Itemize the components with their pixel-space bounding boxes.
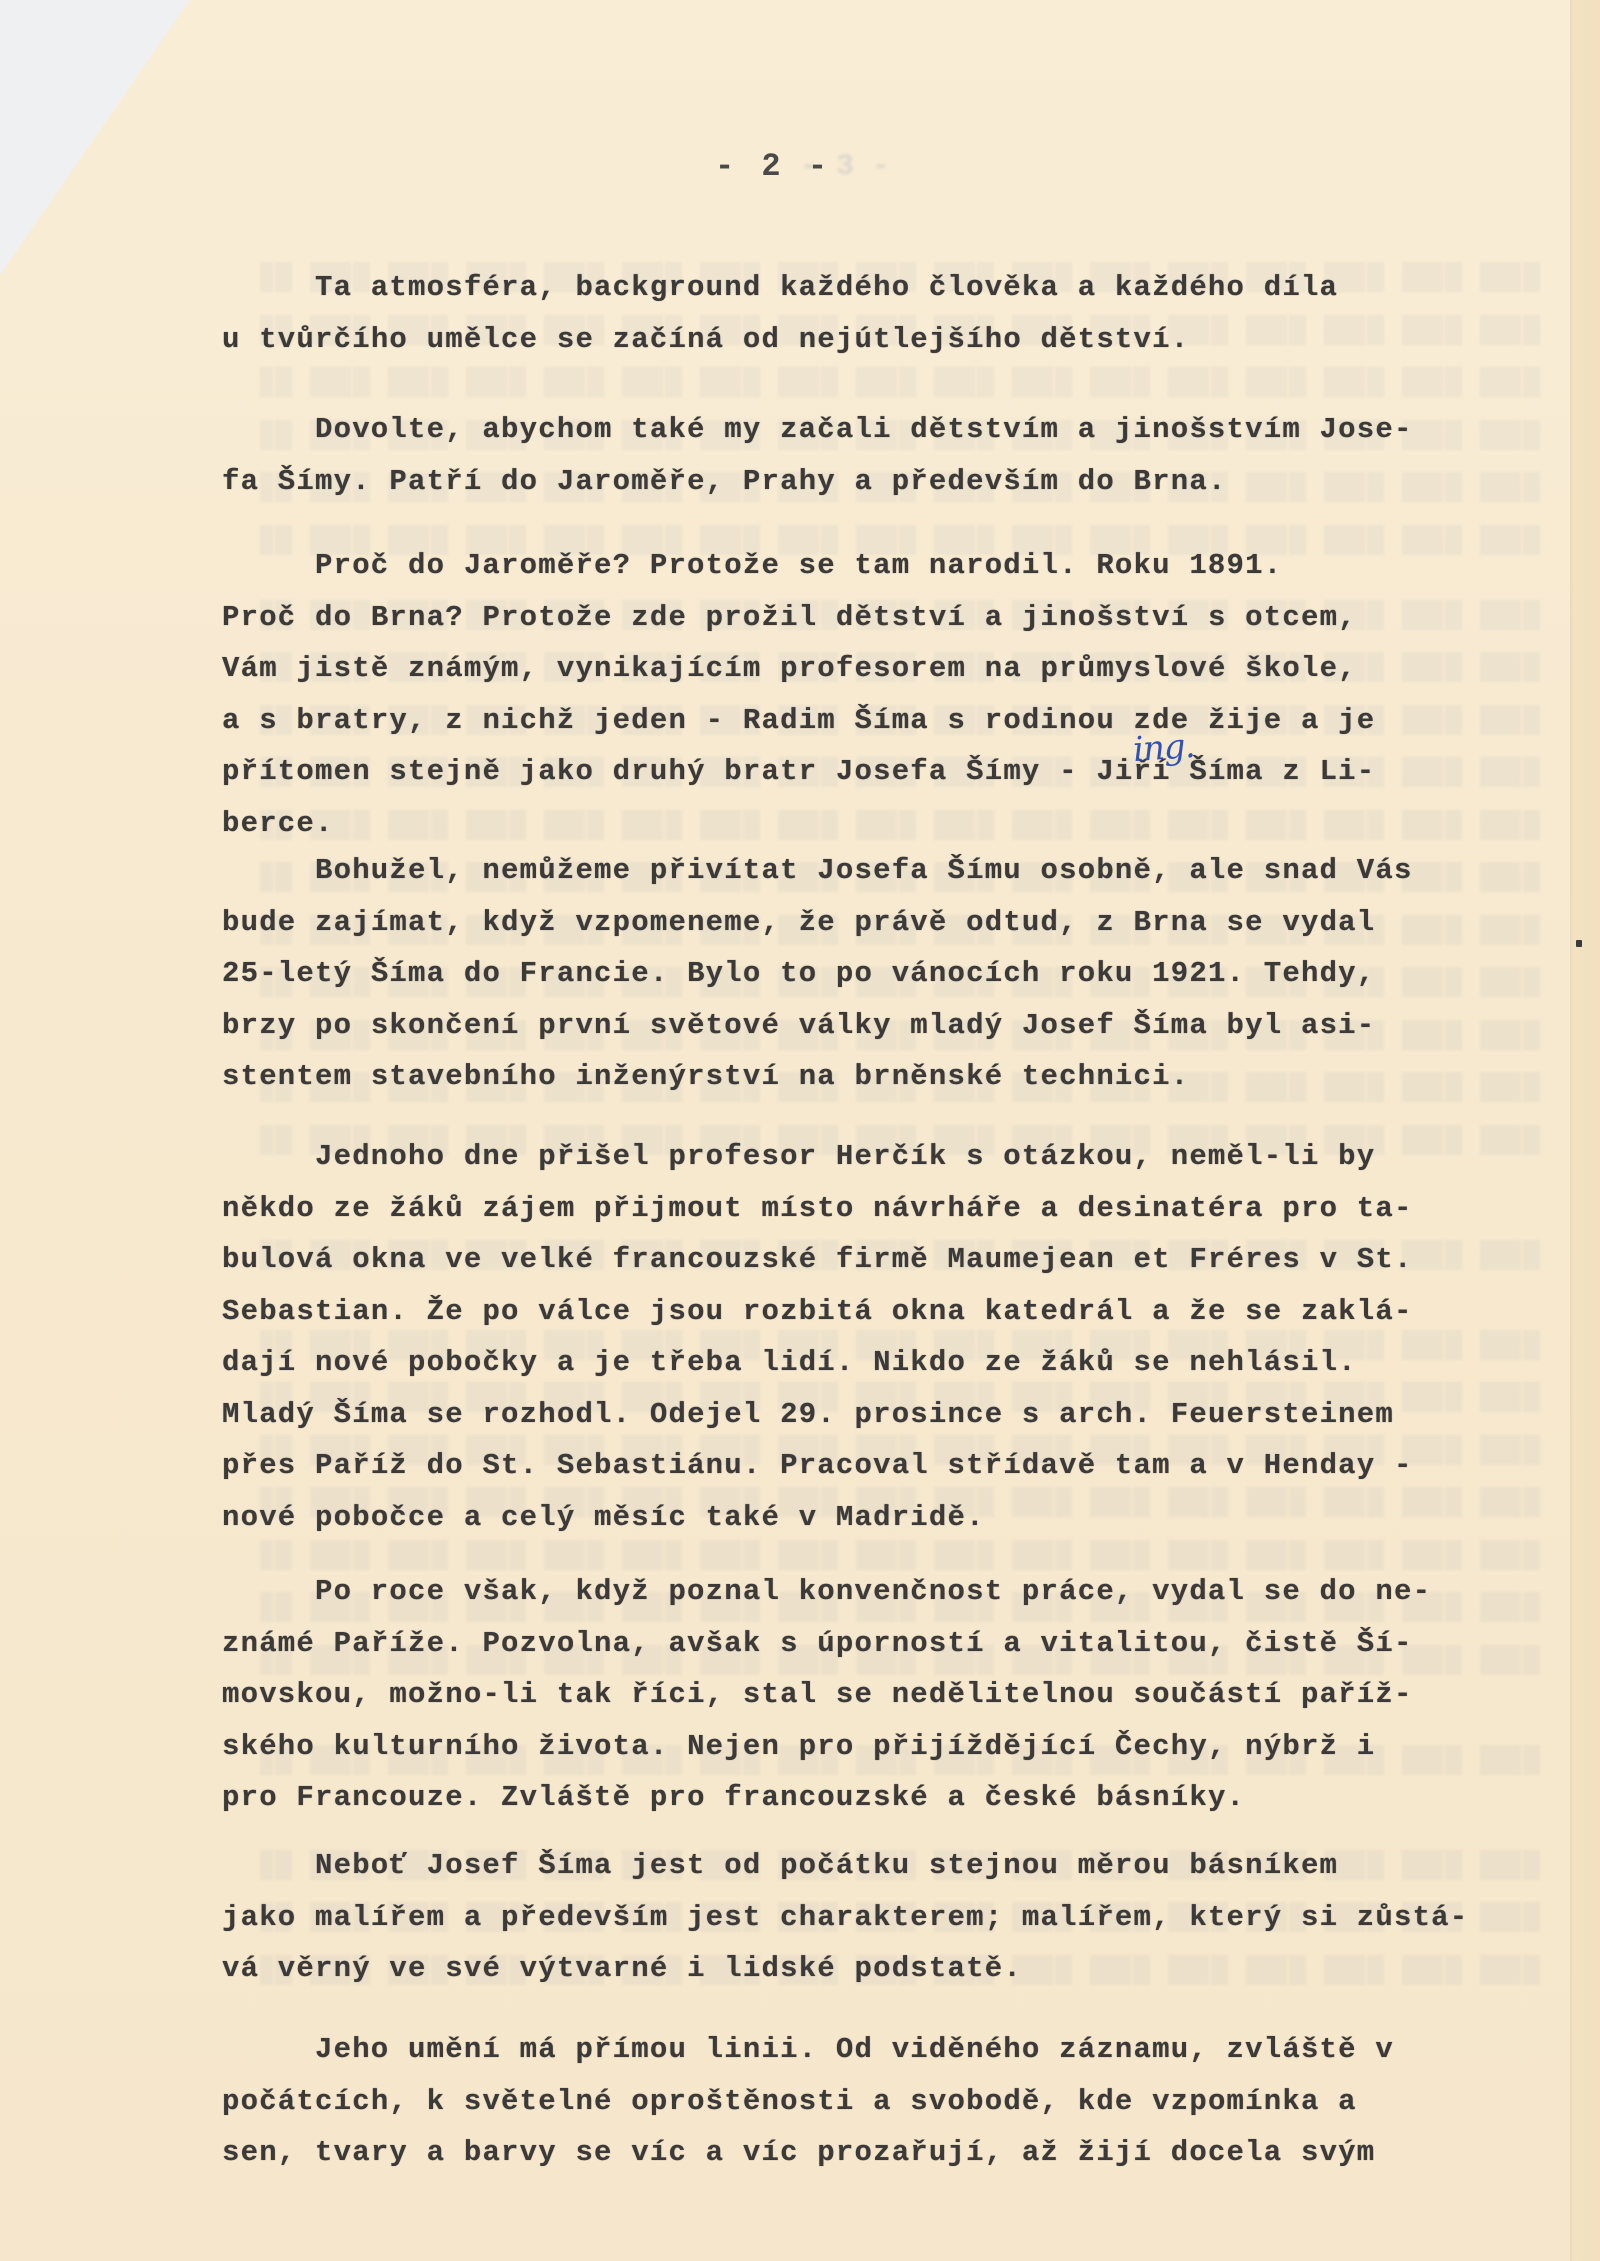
text-line: brzy po skončení první světové války mla… bbox=[222, 1000, 1552, 1052]
text-line: stentem stavebního inženýrství na brněns… bbox=[222, 1051, 1552, 1103]
text-line: bude zajímat, když vzpomeneme, že právě … bbox=[222, 897, 1552, 949]
text-line: známé Paříže. Pozvolna, avšak s úpornost… bbox=[222, 1618, 1552, 1670]
text-line: přítomen stejně jako druhý bratr Josefa … bbox=[222, 746, 1552, 798]
margin-ink-mark bbox=[1576, 940, 1582, 947]
text-line: Bohužel, nemůžeme přivítat Josefa Šímu o… bbox=[222, 845, 1552, 897]
text-line: a s bratry, z nichž jeden - Radim Šíma s… bbox=[222, 695, 1552, 747]
text-line: ského kulturního života. Nejen pro přijí… bbox=[222, 1721, 1552, 1773]
text-line: Proč do Brna? Protože zde prožil dětství… bbox=[222, 592, 1552, 644]
text-line: fa Šímy. Patří do Jaroměře, Prahy a před… bbox=[222, 456, 1552, 508]
text-line: Jednoho dne přišel profesor Herčík s otá… bbox=[222, 1131, 1552, 1183]
text-line: jako malířem a především jest charaktere… bbox=[222, 1892, 1552, 1944]
text-line: u tvůrčího umělce se začíná od nejútlejš… bbox=[222, 314, 1552, 366]
text-line: vá věrný ve své výtvarné i lidské podsta… bbox=[222, 1943, 1552, 1995]
text-line: 25-letý Šíma do Francie. Bylo to po váno… bbox=[222, 948, 1552, 1000]
text-line: bulová okna ve velké francouzské firmě M… bbox=[222, 1234, 1552, 1286]
text-line: nové pobočce a celý měsíc také v Madridě… bbox=[222, 1492, 1552, 1544]
handwritten-annotation: ing. bbox=[1132, 726, 1196, 770]
text-line: Neboť Josef Šíma jest od počátku stejnou… bbox=[222, 1840, 1552, 1892]
text-line: Jeho umění má přímou linii. Od viděného … bbox=[222, 2024, 1552, 2076]
text-line: pro Francouze. Zvláště pro francouzské a… bbox=[222, 1772, 1552, 1824]
text-line: Vám jistě známým, vynikajícím profesorem… bbox=[222, 643, 1552, 695]
paragraph: Jednoho dne přišel profesor Herčík s otá… bbox=[222, 1131, 1552, 1543]
text-line: Ta atmosféra, background každého člověka… bbox=[222, 262, 1552, 314]
text-line: dají nové pobočky a je třeba lidí. Nikdo… bbox=[222, 1337, 1552, 1389]
page-number: - 2 - bbox=[715, 148, 831, 185]
text-line: Mladý Šíma se rozhodl. Odejel 29. prosin… bbox=[222, 1389, 1552, 1441]
paragraph: Bohužel, nemůžeme přivítat Josefa Šímu o… bbox=[222, 845, 1552, 1103]
text-line: Sebastian. Že po válce jsou rozbitá okna… bbox=[222, 1286, 1552, 1338]
text-line: přes Paříž do St. Sebastiánu. Pracoval s… bbox=[222, 1440, 1552, 1492]
text-line: Dovolte, abychom také my začali dětstvím… bbox=[222, 404, 1552, 456]
paragraph: Neboť Josef Šíma jest od počátku stejnou… bbox=[222, 1840, 1552, 1995]
text-line: počátcích, k světelné oproštěnosti a svo… bbox=[222, 2076, 1552, 2128]
text-line: Proč do Jaroměře? Protože se tam narodil… bbox=[222, 540, 1552, 592]
paragraph: Jeho umění má přímou linii. Od viděného … bbox=[222, 2024, 1552, 2179]
paragraph: Ta atmosféra, background každého člověka… bbox=[222, 262, 1552, 365]
next-page-edge bbox=[1570, 0, 1600, 2261]
text-line: Po roce však, když poznal konvenčnost pr… bbox=[222, 1566, 1552, 1618]
paragraph: Po roce však, když poznal konvenčnost pr… bbox=[222, 1566, 1552, 1824]
paragraph: Dovolte, abychom také my začali dětstvím… bbox=[222, 404, 1552, 507]
text-line: sen, tvary a barvy se víc a víc prozařuj… bbox=[222, 2127, 1552, 2179]
text-line: berce. bbox=[222, 798, 1552, 850]
paragraph: Proč do Jaroměře? Protože se tam narodil… bbox=[222, 540, 1552, 849]
text-line: movskou, možno-li tak říci, stal se nedě… bbox=[222, 1669, 1552, 1721]
text-line: někdo ze žáků zájem přijmout místo návrh… bbox=[222, 1183, 1552, 1235]
